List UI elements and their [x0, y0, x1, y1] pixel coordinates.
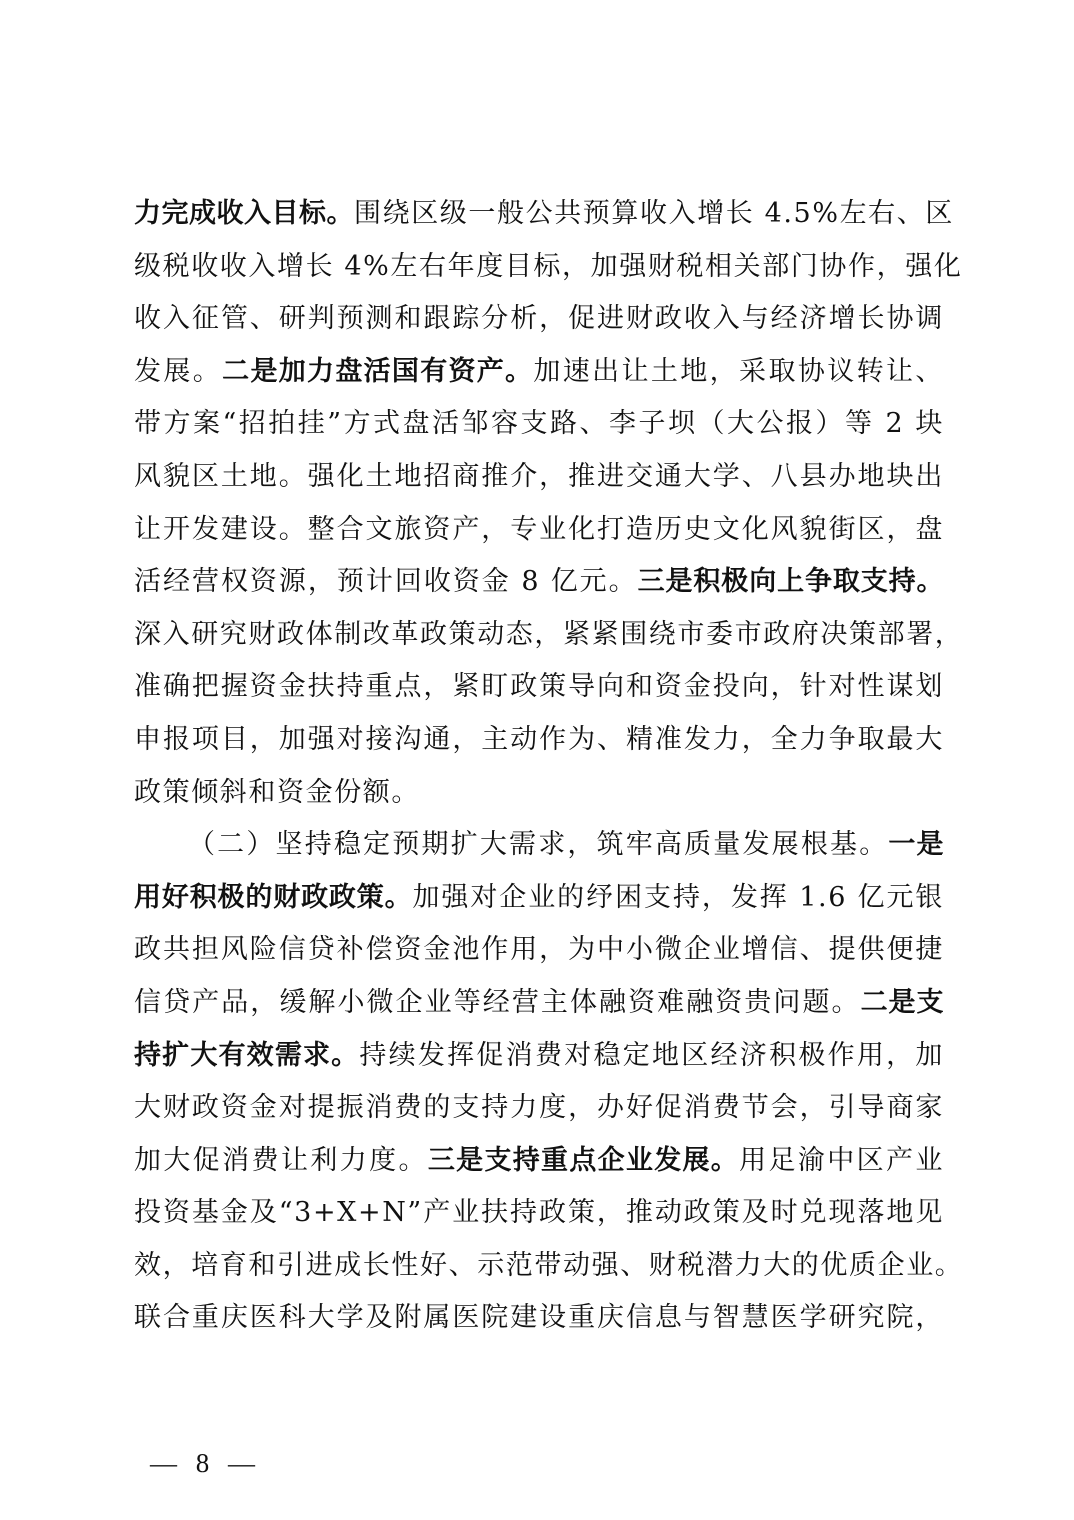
text-segment: 活经营权资源，预计回收资金 8 亿元。 [134, 566, 638, 597]
text-line: 加大促消费让利力度。三是支持重点企业发展。用足渝中区产业 [134, 1135, 944, 1188]
bold-heading-phrase: 三是积极向上争取支持。 [638, 566, 944, 597]
text-segment: 深入研究财政体制改革政策动态，紧紧围绕市委市政府决策部署， [134, 619, 963, 650]
text-line: 准确把握资金扶持重点，紧盯政策导向和资金投向，针对性谋划 [134, 661, 944, 714]
text-segment: （二）坚持稳定预期扩大需求，筑牢高质量发展根基。 [188, 829, 888, 860]
text-line: 发展。二是加力盘活国有资产。加速出让土地，采取协议转让、 [134, 346, 944, 399]
bold-heading-phrase: 二是支 [861, 987, 944, 1018]
text-segment: 风貌区土地。强化土地招商推介，推进交通大学、八县办地块出 [134, 461, 944, 492]
text-segment: 收入征管、研判预测和跟踪分析，促进财政收入与经济增长协调 [134, 303, 944, 334]
text-segment: 投资基金及“3+X+N”产业扶持政策，推动政策及时兑现落地见 [134, 1197, 944, 1228]
text-segment: 级税收收入增长 4%左右年度目标，加强财税相关部门协作，强化 [134, 251, 962, 282]
text-segment: 加强对企业的纾困支持，发挥 1.6 亿元银 [412, 882, 944, 913]
text-segment: 政共担风险信贷补偿资金池作用，为中小微企业增信、提供便捷 [134, 934, 944, 965]
text-line: 政共担风险信贷补偿资金池作用，为中小微企业增信、提供便捷 [134, 924, 944, 977]
text-segment: 加速出让土地，采取协议转让、 [533, 356, 944, 387]
text-segment: 带方案“招拍挂”方式盘活邹容支路、李子坝（大公报）等 2 块 [134, 408, 944, 439]
text-line: 力完成收入目标。围绕区级一般公共预算收入增长 4.5%左右、区 [134, 188, 944, 241]
document-page: 力完成收入目标。围绕区级一般公共预算收入增长 4.5%左右、区级税收收入增长 4… [0, 0, 1074, 1520]
text-line: 联合重庆医科大学及附属医院建设重庆信息与智慧医学研究院， [134, 1292, 944, 1345]
text-line: 风貌区土地。强化土地招商推介，推进交通大学、八县办地块出 [134, 451, 944, 504]
bold-heading-phrase: 三是支持重点企业发展。 [428, 1145, 739, 1176]
bold-heading-phrase: 用好积极的财政政策。 [134, 882, 412, 913]
bold-heading-phrase: 持扩大有效需求。 [134, 1040, 359, 1071]
text-line: 级税收收入增长 4%左右年度目标，加强财税相关部门协作，强化 [134, 241, 944, 294]
text-line: 用好积极的财政政策。加强对企业的纾困支持，发挥 1.6 亿元银 [134, 872, 944, 925]
text-segment: 让开发建设。整合文旅资产，专业化打造历史文化风貌街区，盘 [134, 514, 944, 545]
text-segment: 信贷产品，缓解小微企业等经营主体融资难融资贵问题。 [134, 987, 861, 1018]
text-line: 活经营权资源，预计回收资金 8 亿元。三是积极向上争取支持。 [134, 556, 944, 609]
text-segment: 效，培育和引进成长性好、示范带动强、财税潜力大的优质企业。 [134, 1250, 963, 1281]
bold-heading-phrase: 一是 [888, 829, 944, 860]
page-number: — 8 — [150, 1448, 261, 1479]
text-line: 带方案“招拍挂”方式盘活邹容支路、李子坝（大公报）等 2 块 [134, 398, 944, 451]
bold-heading-phrase: 二是加力盘活国有资产。 [222, 356, 533, 387]
text-segment: 大财政资金对提振消费的支持力度，办好促消费节会，引导商家 [134, 1092, 944, 1123]
text-line: 持扩大有效需求。持续发挥促消费对稳定地区经济积极作用，加 [134, 1030, 944, 1083]
text-segment: 申报项目，加强对接沟通，主动作为、精准发力，全力争取最大 [134, 724, 944, 755]
text-segment: 准确把握资金扶持重点，紧盯政策导向和资金投向，针对性谋划 [134, 671, 944, 702]
text-line: 投资基金及“3+X+N”产业扶持政策，推动政策及时兑现落地见 [134, 1187, 944, 1240]
text-segment: 用足渝中区产业 [739, 1145, 944, 1176]
text-line: 信贷产品，缓解小微企业等经营主体融资难融资贵问题。二是支 [134, 977, 944, 1030]
text-line: 大财政资金对提振消费的支持力度，办好促消费节会，引导商家 [134, 1082, 944, 1135]
text-line: 收入征管、研判预测和跟踪分析，促进财政收入与经济增长协调 [134, 293, 944, 346]
text-segment: 围绕区级一般公共预算收入增长 4.5%左右、区 [354, 198, 954, 229]
text-line: （二）坚持稳定预期扩大需求，筑牢高质量发展根基。一是 [134, 819, 944, 872]
text-segment: 联合重庆医科大学及附属医院建设重庆信息与智慧医学研究院， [134, 1302, 944, 1333]
text-segment: 加大促消费让利力度。 [134, 1145, 428, 1176]
text-line: 申报项目，加强对接沟通，主动作为、精准发力，全力争取最大 [134, 714, 944, 767]
body-text: 力完成收入目标。围绕区级一般公共预算收入增长 4.5%左右、区级税收收入增长 4… [134, 188, 944, 1345]
text-segment: 政策倾斜和资金份额。 [134, 777, 420, 808]
text-segment: 发展。 [134, 356, 222, 387]
text-line: 效，培育和引进成长性好、示范带动强、财税潜力大的优质企业。 [134, 1240, 944, 1293]
text-line: 让开发建设。整合文旅资产，专业化打造历史文化风貌街区，盘 [134, 504, 944, 557]
text-segment: 持续发挥促消费对稳定地区经济积极作用，加 [359, 1040, 944, 1071]
bold-heading-phrase: 力完成收入目标。 [134, 198, 354, 229]
text-line: 政策倾斜和资金份额。 [134, 767, 944, 820]
text-line: 深入研究财政体制改革政策动态，紧紧围绕市委市政府决策部署， [134, 609, 944, 662]
